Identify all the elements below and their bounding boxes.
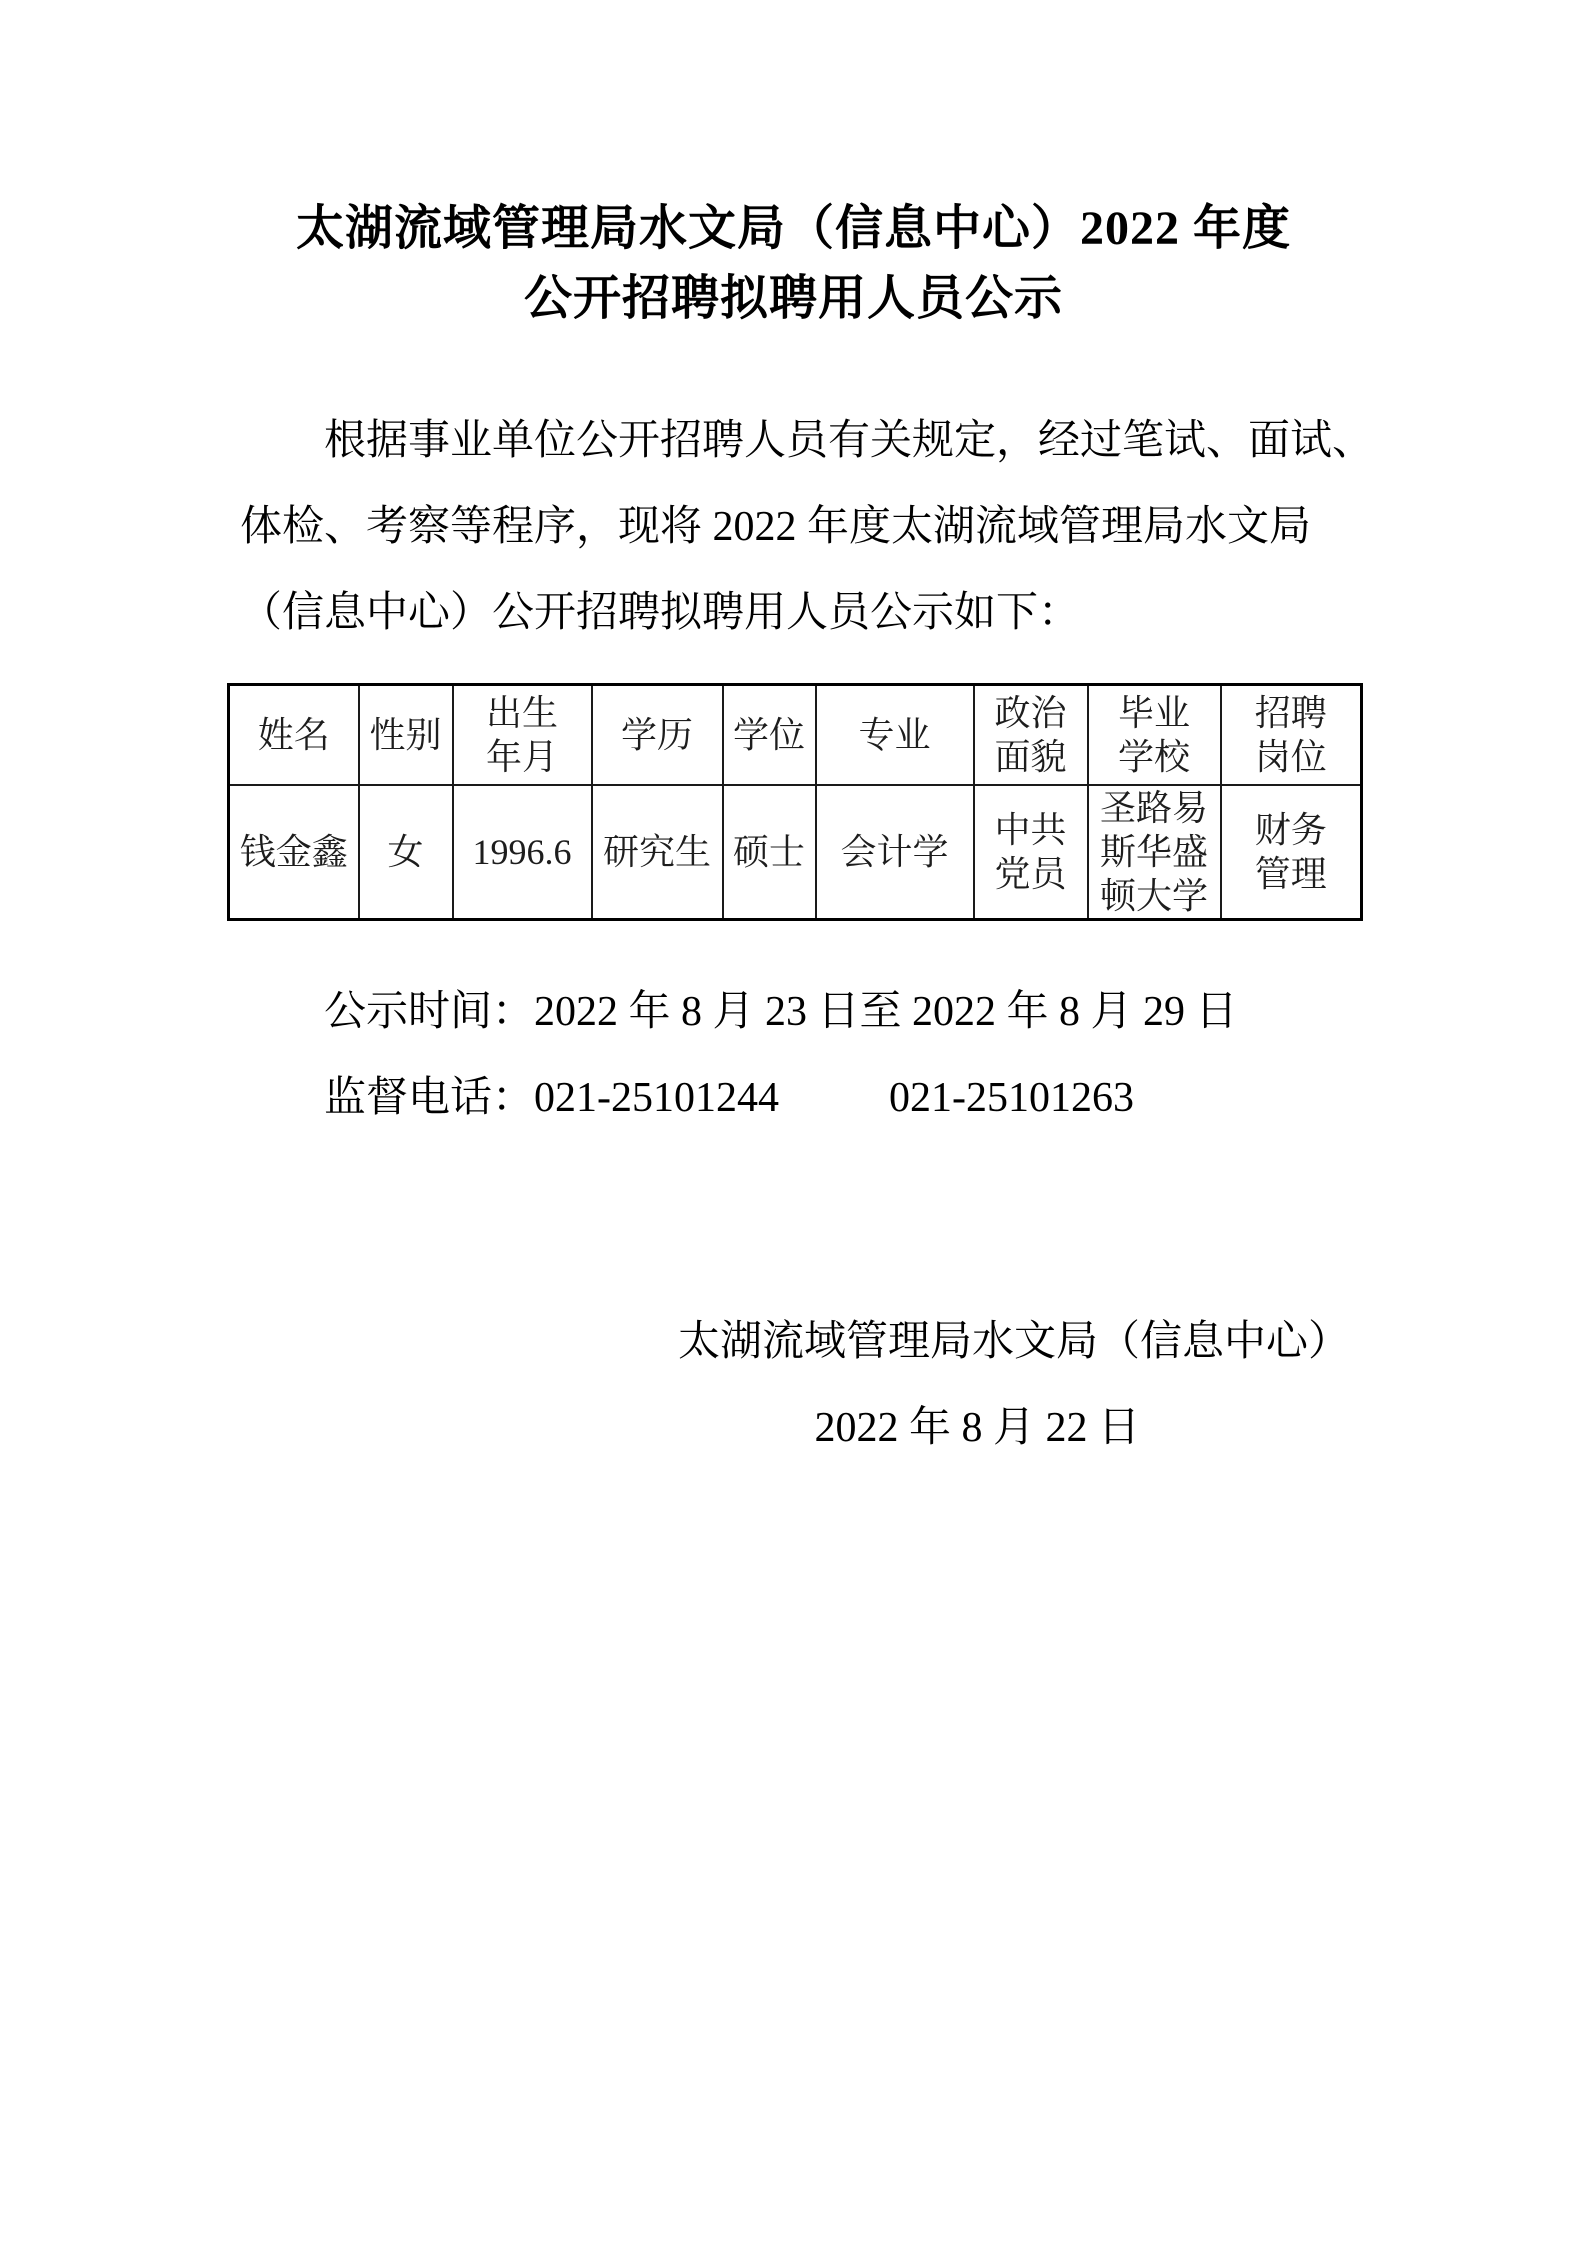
- candidate-table: 姓名 性别 出生 年月 学历 学位 专业 政治 面貌 毕业 学校 招聘 岗位 钱…: [227, 683, 1363, 921]
- meta-block: 公示时间：2022 年 8 月 23 日至 2022 年 8 月 29 日 监督…: [240, 969, 1388, 1141]
- col-header-political-status: 政治 面貌: [974, 685, 1088, 785]
- cell-gender: 女: [359, 785, 453, 920]
- col-header-major: 专业: [816, 685, 974, 785]
- signature-block: 太湖流域管理局水文局（信息中心） 2022 年 8 月 22 日: [0, 1299, 1587, 1471]
- cell-education: 研究生: [592, 785, 723, 920]
- phone-number-2: 021-25101263: [889, 1075, 1134, 1121]
- title-line-1: 太湖流域管理局水文局（信息中心）2022 年度: [0, 194, 1587, 264]
- title-line-2: 公开招聘拟聘用人员公示: [0, 264, 1587, 334]
- issue-date: 2022 年 8 月 22 日: [0, 1385, 1587, 1471]
- issuer-signature: 太湖流域管理局水文局（信息中心）: [0, 1299, 1587, 1385]
- supervision-phone-line: 监督电话：021-25101244021-25101263: [240, 1055, 1388, 1141]
- col-header-recruit-position: 招聘 岗位: [1221, 685, 1362, 785]
- col-header-gender: 性别: [359, 685, 453, 785]
- cell-major: 会计学: [816, 785, 974, 920]
- cell-political-status: 中共 党员: [974, 785, 1088, 920]
- cell-graduate-school: 圣路易 斯华盛 顿大学: [1088, 785, 1221, 920]
- cell-name: 钱金鑫: [229, 785, 359, 920]
- col-header-degree: 学位: [723, 685, 816, 785]
- intro-paragraph: 根据事业单位公开招聘人员有关规定，经过笔试、面试、 体检、考察等程序，现将 20…: [240, 398, 1388, 656]
- supervision-phone-label: 监督电话：: [324, 1075, 534, 1121]
- col-header-graduate-school: 毕业 学校: [1088, 685, 1221, 785]
- page-title: 太湖流域管理局水文局（信息中心）2022 年度 公开招聘拟聘用人员公示: [0, 0, 1587, 334]
- publicity-period: 公示时间：2022 年 8 月 23 日至 2022 年 8 月 29 日: [240, 969, 1388, 1055]
- phone-number-1: 021-25101244: [534, 1075, 779, 1121]
- announcement-page: 太湖流域管理局水文局（信息中心）2022 年度 公开招聘拟聘用人员公示 根据事业…: [0, 0, 1587, 2245]
- col-header-name: 姓名: [229, 685, 359, 785]
- cell-birth-date: 1996.6: [453, 785, 592, 920]
- cell-degree: 硕士: [723, 785, 816, 920]
- table-header-row: 姓名 性别 出生 年月 学历 学位 专业 政治 面貌 毕业 学校 招聘 岗位: [229, 685, 1362, 785]
- cell-recruit-position: 财务 管理: [1221, 785, 1362, 920]
- table-row: 钱金鑫 女 1996.6 研究生 硕士 会计学 中共 党员 圣路易 斯华盛 顿大…: [229, 785, 1362, 920]
- col-header-education: 学历: [592, 685, 723, 785]
- col-header-birth-date: 出生 年月: [453, 685, 592, 785]
